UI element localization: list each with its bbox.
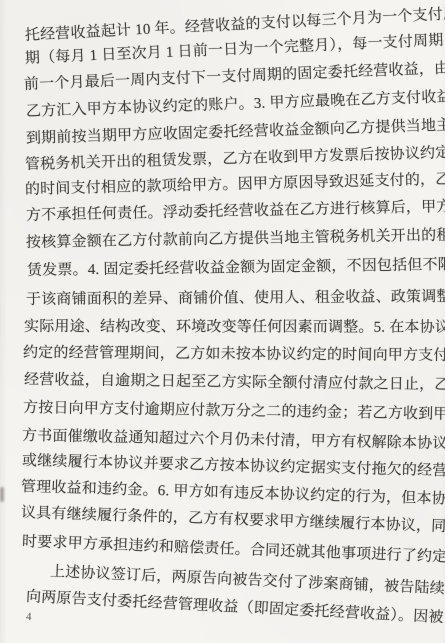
text-line: 到期前按当期甲方应收固定委托经营收益金额向乙方提供当地主 (26, 118, 445, 148)
text-line: 的时间支付相应的款项给甲方。因甲方原因导致迟延支付的，乙 (25, 172, 445, 199)
scanned-document-page: 托经营收益起计 10 年。经营收益的支付以每三个月为一个支付周 期（每月 1 日… (0, 0, 445, 643)
text-line: 实际用途、结构改变、环境改变等任何因素而调整。5. 在本协议 (24, 319, 445, 337)
text-line: 管税务机关开出的租赁发票，乙方在收到甲方发票后按协议约定 (25, 145, 445, 174)
text-line: 管理收益和违约金。6. 甲方如有违反本协议约定的行为，但本协 (21, 479, 445, 509)
scan-smudge-artifact (0, 487, 4, 502)
text-line: 方不承担任何责任。浮动委托经营收益在乙方进行核算后，甲方 (26, 199, 445, 225)
text-line: 经营收益，自逾期之日起至乙方实际全额付清应付款之日止，乙 (24, 372, 445, 394)
text-line: 时要求甲方承担违约和赔偿责任。合同还就其他事项进行了约定。 (22, 534, 445, 567)
text-line: 方按日向甲方支付逾期应付款万分之二的违约金；若乙方收到甲 (23, 400, 445, 424)
text-line: 赁发票。4. 固定委托经营收益金额为固定金额，不因包括但不限 (27, 257, 445, 280)
text-line: 前一个月最后一周内支付下一支付周期的固定委托经营收益，由 (24, 61, 445, 94)
page-number: 4 (26, 611, 32, 623)
text-line: 按核算金额在乙方付款前向乙方提供当地主管税务机关开出的租 (26, 228, 445, 252)
text-line: 约定的经营管理期间，乙方如未按本协议约定的时间向甲方支付 (23, 345, 445, 365)
text-line: 方书面催缴收益通知超过六个月仍未付清，甲方有权解除本协议 (22, 428, 445, 453)
text-line: 或继续履行本协议并要求乙方按本协议约定据实支付拖欠的经营 (22, 453, 445, 480)
text-line: 于该商铺面积的差异、商铺价值、使用人、租金收益、政策调整、 (26, 289, 445, 309)
text-line: 议具有继续履行条件的，乙方有权要求甲方继续履行本协议，同 (21, 505, 445, 536)
text-line: 乙方汇入甲方本协议约定的账户。3. 甲方应最晚在乙方支付收益 (26, 89, 445, 121)
